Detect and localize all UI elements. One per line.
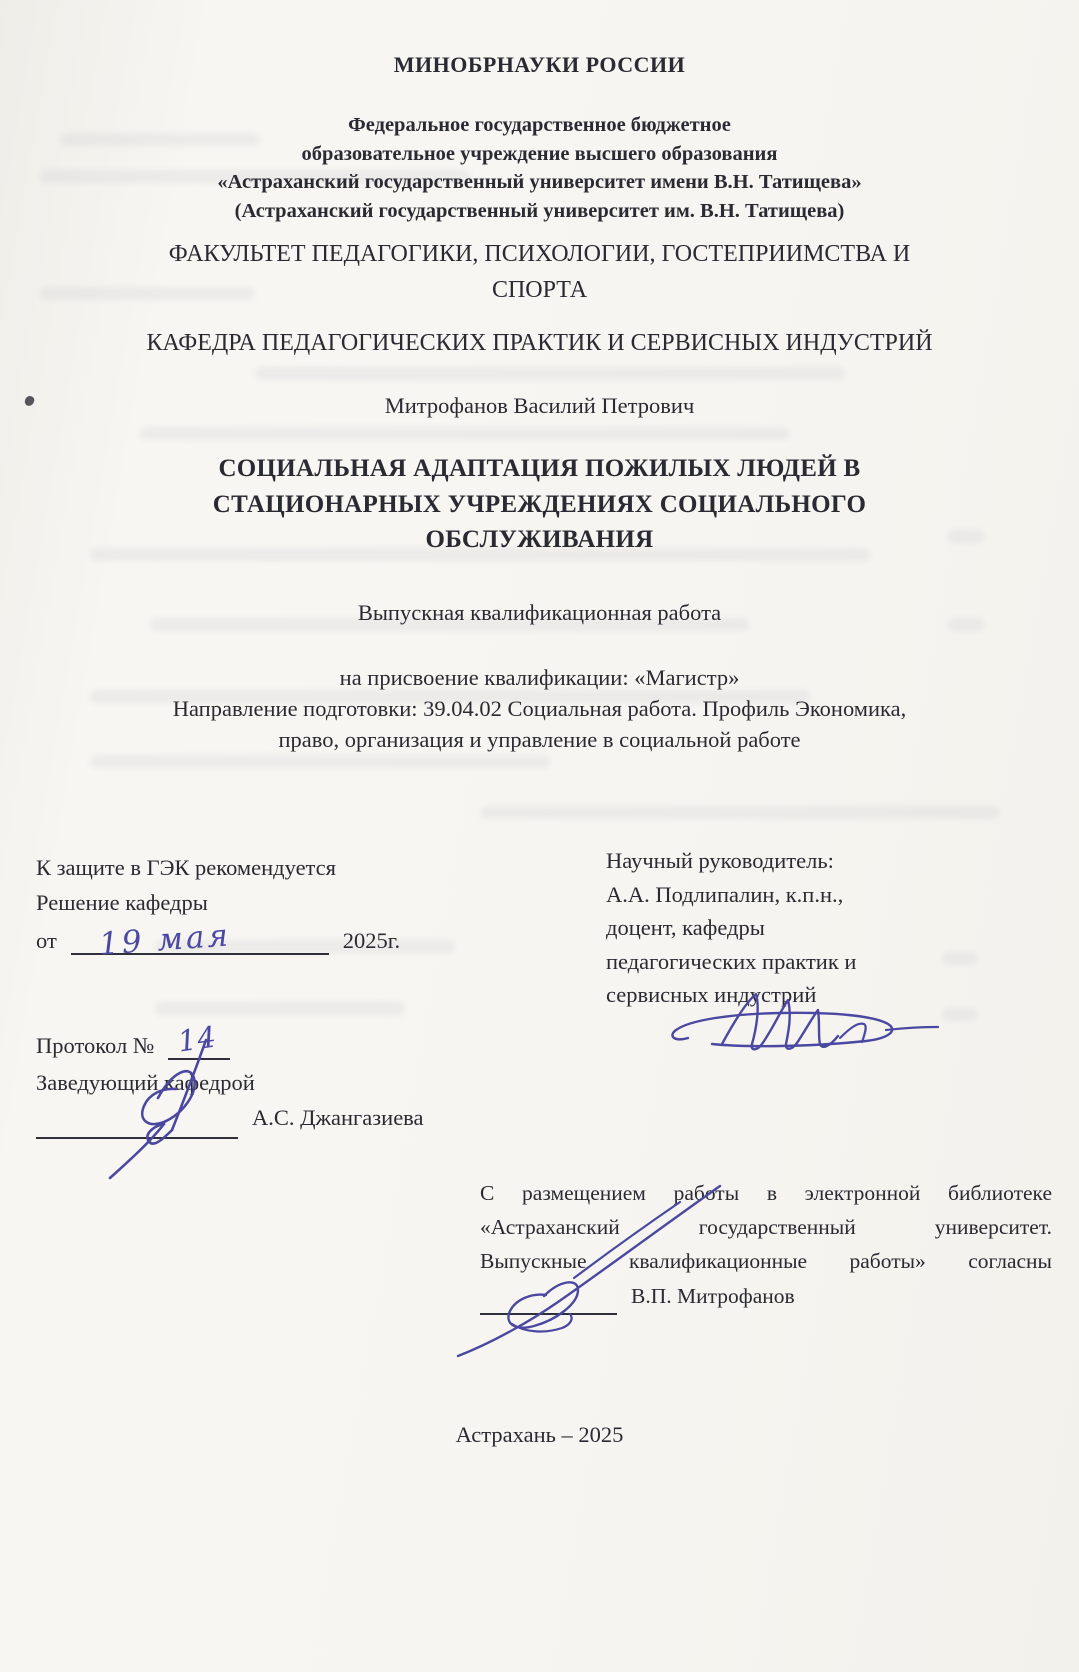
year-suffix: 2025г.	[343, 923, 400, 958]
city-year: Астрахань – 2025	[0, 1422, 1079, 1448]
work-type: Выпускная квалификационная работа	[0, 600, 1079, 626]
institution-line: «Астраханский государственный университе…	[0, 168, 1079, 197]
bleedthrough-line	[255, 367, 845, 380]
bleedthrough-line	[140, 427, 790, 440]
approval-block: К защите в ГЭК рекомендуется Решение каф…	[36, 850, 506, 958]
head-signature	[88, 1036, 263, 1184]
institution-line: образовательное учреждение высшего образ…	[0, 140, 1079, 169]
supervisor-line: А.А. Подлипалин, к.п.н.,	[606, 878, 946, 912]
approval-date-row: от 19 мая 2025г.	[36, 923, 506, 958]
institution-line: Федеральное государственное бюджетное	[0, 111, 1079, 140]
thesis-title-line: ОБСЛУЖИВАНИЯ	[0, 522, 1079, 558]
program-line: Направление подготовки: 39.04.02 Социаль…	[0, 693, 1079, 724]
bleedthrough-page-number	[942, 952, 978, 965]
bleedthrough-line	[155, 1002, 405, 1015]
bleedthrough-line	[90, 755, 550, 768]
supervisor-line: педагогических практик и	[606, 945, 946, 979]
student-signature	[428, 1178, 728, 1360]
supervisor-line: доцент, кафедры	[606, 911, 946, 945]
bleedthrough-line	[480, 806, 1000, 819]
faculty-line: СПОРТА	[0, 272, 1079, 308]
qualification-line: на присвоение квалификации: «Магистр»	[0, 662, 1079, 693]
thesis-title-line: СОЦИАЛЬНАЯ АДАПТАЦИЯ ПОЖИЛЫХ ЛЮДЕЙ В	[0, 451, 1079, 487]
program-line: право, организация и управление в социал…	[0, 724, 1079, 755]
supervisor-label: Научный руководитель:	[606, 844, 946, 878]
handwritten-date: 19 мая	[98, 918, 232, 962]
approval-decision: Решение кафедры	[36, 885, 506, 920]
head-name: А.С. Джангазиева	[252, 1100, 424, 1141]
department-heading: КАФЕДРА ПЕДАГОГИЧЕСКИХ ПРАКТИК И СЕРВИСН…	[0, 330, 1079, 357]
ministry-heading: МИНОБРНАУКИ РОССИИ	[0, 52, 1079, 78]
author-name: Митрофанов Василий Петрович	[0, 393, 1079, 419]
approval-recommendation: К защите в ГЭК рекомендуется	[36, 850, 506, 885]
institution-block: Федеральное государственное бюджетное об…	[0, 111, 1079, 225]
thesis-title-line: СТАЦИОНАРНЫХ УЧРЕЖДЕНИЯХ СОЦИАЛЬНОГО	[0, 487, 1079, 523]
bleedthrough-page-number	[942, 1008, 978, 1021]
supervisor-signature	[660, 986, 940, 1064]
thesis-title: СОЦИАЛЬНАЯ АДАПТАЦИЯ ПОЖИЛЫХ ЛЮДЕЙ В СТА…	[0, 451, 1079, 558]
qualification-block: на присвоение квалификации: «Магистр» На…	[0, 662, 1079, 755]
faculty-line: ФАКУЛЬТЕТ ПЕДАГОГИКИ, ПСИХОЛОГИИ, ГОСТЕП…	[0, 236, 1079, 272]
date-blank-line: 19 мая	[71, 923, 329, 955]
faculty-heading: ФАКУЛЬТЕТ ПЕДАГОГИКИ, ПСИХОЛОГИИ, ГОСТЕП…	[0, 236, 1079, 308]
date-prefix: от	[36, 923, 57, 958]
document-page: МИНОБРНАУКИ РОССИИ Федеральное государст…	[0, 0, 1079, 1672]
institution-line: (Астраханский государственный университе…	[0, 197, 1079, 226]
